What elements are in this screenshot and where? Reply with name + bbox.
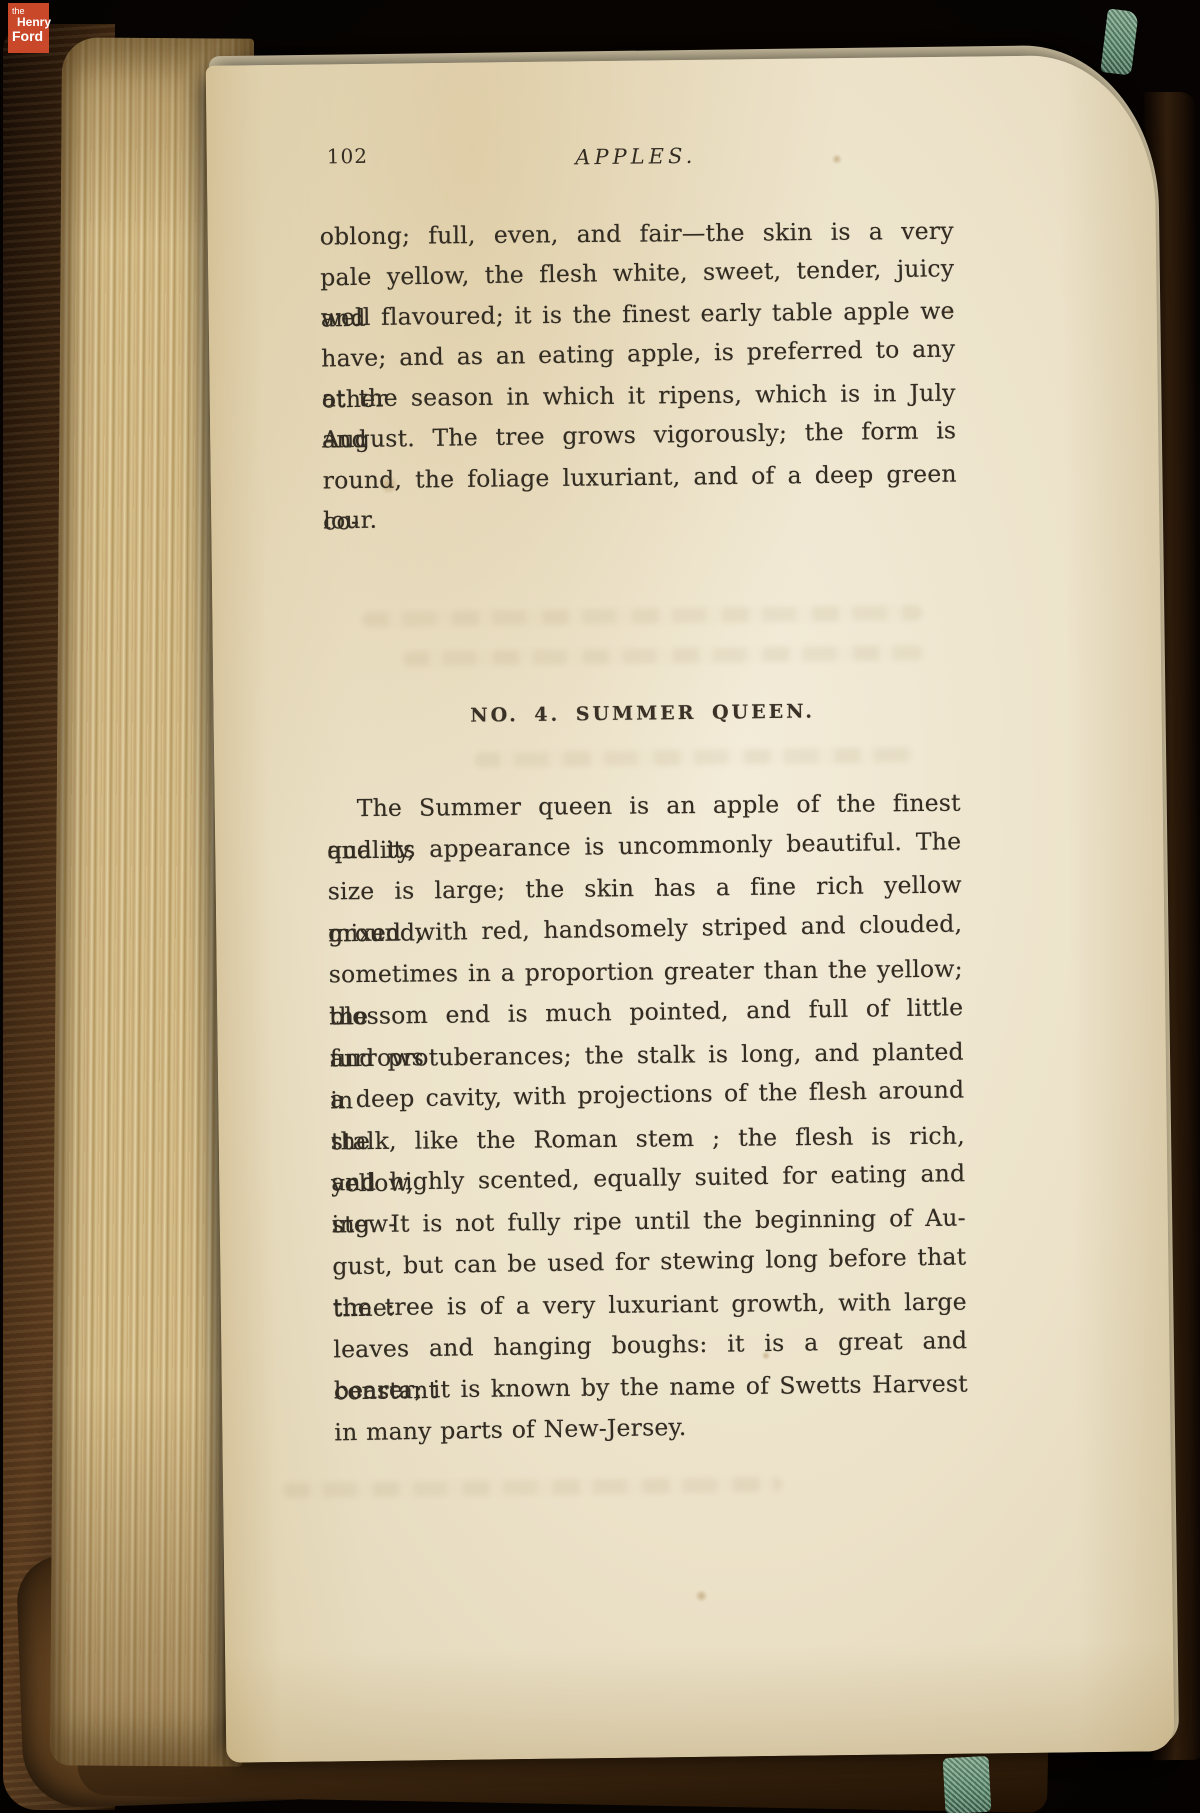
showthrough-ghost-text — [362, 605, 922, 627]
paragraph-line: blossom end is much pointed, and full of… — [329, 987, 964, 1038]
photo-background: 102 APPLES. oblong; full, even, and fair… — [0, 0, 1200, 1813]
paragraph-line: August. The tree grows vigorously; the f… — [322, 410, 957, 460]
paragraph-line: in many parts of New-Jersey. — [334, 1402, 969, 1454]
section-heading: NO. 4. SUMMER QUEEN. — [326, 699, 960, 729]
page-header-row: 102 APPLES. — [319, 137, 953, 175]
foxing-spot — [694, 1590, 708, 1602]
henry-ford-logo: the Henry Ford — [8, 3, 49, 53]
showthrough-ghost-text — [283, 1477, 783, 1498]
paragraph-line: a deep cavity, with projections of the f… — [330, 1070, 965, 1122]
paragraph-line: and highly scented, equally suited for e… — [331, 1153, 966, 1204]
bookmark-ribbon-top — [1100, 8, 1139, 75]
paragraph-line: and its appearance is uncommonly beautif… — [327, 821, 962, 872]
book-page: 102 APPLES. oblong; full, even, and fair… — [206, 54, 1175, 1762]
paragraph-line: lour. — [323, 491, 958, 542]
paragraph-line: pale yellow, the flesh white, sweet, ten… — [320, 248, 955, 298]
running-header: APPLES. — [319, 141, 953, 173]
logo-ford: Ford — [12, 29, 49, 44]
bookmark-ribbon-bottom — [943, 1756, 992, 1813]
opening-paragraph: oblong; full, even, and fair—the skin is… — [320, 209, 958, 541]
summer-queen-paragraph: The Summer queen is an apple of the fine… — [327, 781, 969, 1454]
paragraph-line: mixed with red, handsomely striped and c… — [328, 903, 963, 955]
showthrough-ghost-text — [403, 645, 923, 666]
showthrough-ghost-text — [474, 747, 914, 767]
paragraph-line: leaves and hanging boughs: it is a great… — [333, 1320, 968, 1371]
